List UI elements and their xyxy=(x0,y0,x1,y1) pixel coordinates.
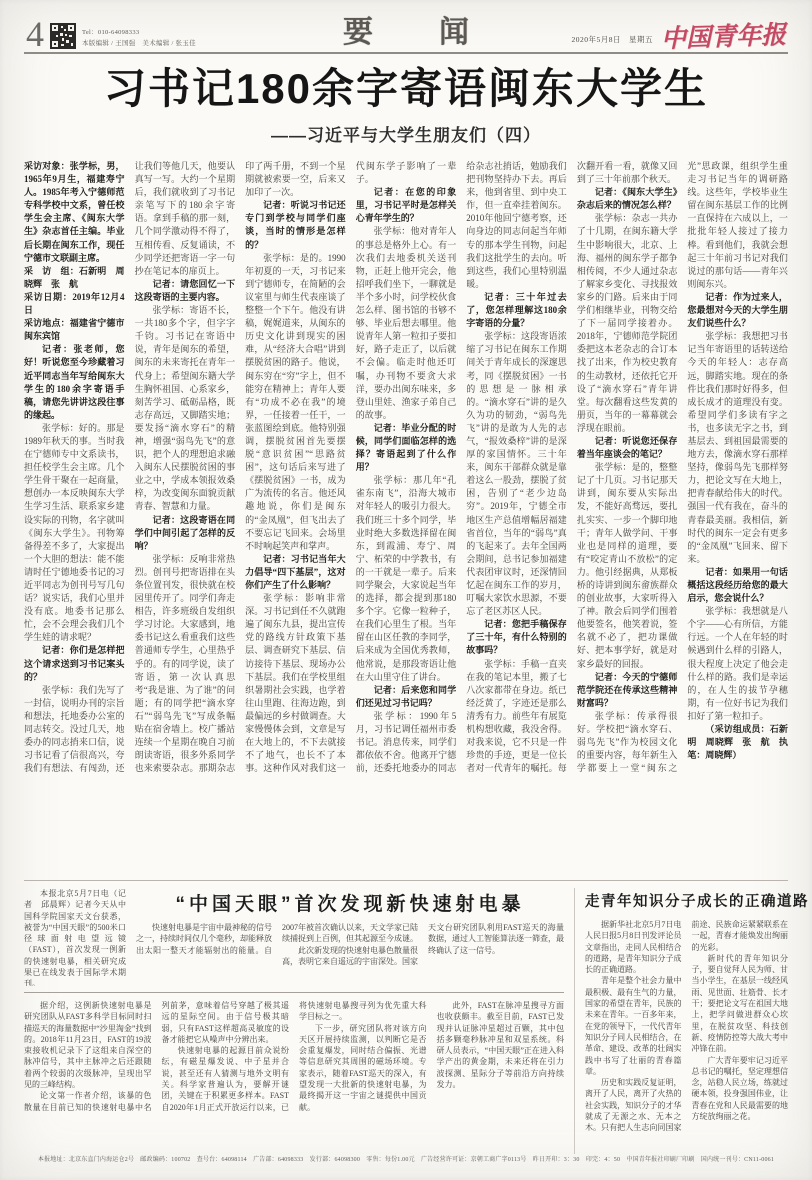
date-line: 2020年5月8日 星期五 xyxy=(571,34,653,48)
paragraph: 记者：张老师，您好！听说您至今珍藏着习近平同志当年写给闽东大学生的180余字寄语… xyxy=(24,343,125,422)
fast-article-headline-block: “中国天眼”首次发现新快速射电暴 快速射电暴是宇宙中最神秘的信号之一，持续时间仅… xyxy=(136,888,564,986)
paragraph: 下一步，研究团队将对该方向天区开展持续监测，以判断它是否会重复爆发，同时结合偏振… xyxy=(299,1023,427,1113)
paragraph: 记者：听说您还保存着当年座谈会的笔记？ xyxy=(577,435,678,461)
paragraph: 记者：如果用一句话概括这段经历给您的最大启示，您会说什么？ xyxy=(687,566,788,605)
paragraph: 新时代的青年知识分子，要自觉拜人民为师、甘当小学生，在基层一线经风雨、见世面、壮… xyxy=(692,953,789,1055)
paragraph: 记者：《闽东大学生》杂志后来的情况怎么样？ xyxy=(577,186,678,212)
commentary-headline: 走青年知识分子成长的正确道路 xyxy=(585,890,788,911)
paragraph: 张学标：是的，整整记了十几页。习书记那天讲到，闽东要从实际出发，不能好高骛远，要… xyxy=(577,461,678,671)
paragraph: 本报北京5月7日电（记者 邱晨辉）记者今天从中国科学院国家天文台获悉，被誉为“中… xyxy=(24,888,126,986)
paragraph: 张学标：那几年“孔雀东南飞”，沿海大城市对年轻人的吸引力很大。我们班三十多个同学… xyxy=(356,474,457,684)
fast-article-headline: “中国天眼”首次发现新快速射电暴 xyxy=(136,889,564,916)
fast-article-continuation: 据介绍，这例新快速射电暴是研究团队从FAST多科学目标同时扫描巡天的海量数据中“… xyxy=(24,1000,564,1154)
paragraph: 据介绍，这例新快速射电暴是研究团队从FAST多科学目标同时扫描巡天的海量数据中“… xyxy=(24,1000,152,1090)
header-edition-info: Tel：010-64098333 本版编辑 / 王国强 美术编辑 / 张玉佳 xyxy=(82,27,196,49)
qr-code-icon xyxy=(50,23,76,49)
paragraph: 记者：请您回忆一下这段寄语的主要内容。 xyxy=(135,278,236,304)
paragraph: 青年是整个社会力量中最积极、最有生气的力量，国家的希望在青年，民族的未来在青年。… xyxy=(585,975,682,1077)
paragraph: 记者：作为过来人，您最想对今天的大学生朋友们说些什么？ xyxy=(687,291,788,330)
hotline-text: Tel：010-64098333 xyxy=(82,27,196,38)
paragraph: 张学标：好的。那是1989年秋天的事。当时我在宁德师专中文系读书，担任校学生会主… xyxy=(24,422,125,645)
lead-article-headline-block: 习书记180余字寄语闽东大学生 ——习近平与大学生朋友们（四） xyxy=(24,66,788,146)
paragraph: 记者：习书记当年大力倡导“四下基层”，这对你们产生了什么影响？ xyxy=(245,553,346,592)
page-number: 4 xyxy=(26,20,44,49)
lead-article-subtitle: ——习近平与大学生朋友们（四） xyxy=(24,121,788,146)
paragraph: 记者：您把手稿保存了三十年，有什么特别的故事吗？ xyxy=(466,618,567,657)
commentary-article: 走青年知识分子成长的正确道路 据新华社北京5月7日电 人民日报5月8日刊发评论员… xyxy=(575,888,788,1154)
paragraph: 张学标：是的。1990年初夏的一天，习书记来到宁德师专，在简陋的会议室里与师生代… xyxy=(245,252,346,553)
paragraph: （采访组成员：石新明 周晓辉 张 航 执笔：周晓辉） xyxy=(687,723,788,762)
fast-article-lead-column: 本报北京5月7日电（记者 邱晨辉）记者今天从中国科学院国家天文台获悉，被誉为“中… xyxy=(24,888,126,986)
horizontal-divider xyxy=(24,992,564,993)
paragraph: 张学标：我想就是八个字——心有所信，方能行远。一个人在年轻的时候遇到什么样的引路… xyxy=(687,605,788,723)
paragraph: 记者：后来您和同学们还见过习书记吗？ xyxy=(356,684,457,710)
paragraph: 采访日期：2019年12月4日 xyxy=(24,291,125,317)
section-title: 要 闻 xyxy=(325,7,487,51)
fast-article-top-row: 本报北京5月7日电（记者 邱晨辉）记者今天从中国科学院国家天文台获悉，被誉为“中… xyxy=(24,888,564,986)
masthead-logo: 中国青年报 xyxy=(661,25,787,51)
paragraph: 张学标：寄语不长，一共180多个字，但字字千钧。习书记在寄语中说，青年是闽东的希… xyxy=(135,304,236,514)
paragraph: 张学标：他对青年人的事总是格外上心。有一次我们去地委机关送刊物，正赶上他开完会，… xyxy=(356,225,457,421)
commentary-body: 据新华社北京5月7日电 人民日报5月8日刊发评论员文章指出，走同人民相结合的道路… xyxy=(585,919,788,1143)
paragraph: 记者：今天的宁德师范学院还在传承这些精神财富吗？ xyxy=(577,671,678,710)
paragraph: 采 访 组：石新明 周晓辉 张 航 xyxy=(24,265,125,291)
paragraph: 记者：这段寄语在同学们中间引起了怎样的反响？ xyxy=(135,514,236,553)
fast-article: 本报北京5月7日电（记者 邱晨辉）记者今天从中国科学院国家天文台获悉，被誉为“中… xyxy=(24,888,574,1154)
header-right-group: 2020年5月8日 星期五 中国青年报 xyxy=(571,27,786,48)
lead-article-body: 采访对象：张学标，男，1965年9月生，福建寿宁人。1985年考入宁德师范专科学… xyxy=(24,160,788,866)
paragraph: 广大青年要牢记习近平总书记的嘱托，坚定理想信念，站稳人民立场，练就过硬本领，投身… xyxy=(692,1055,789,1123)
paragraph: 据新华社北京5月7日电 人民日报5月8日刊发评论员文章指出，走同人民相结合的道路… xyxy=(585,919,682,975)
paragraph: 张学标：杂志一共办了十几期，在闽东籍大学生中影响很大，北京、上海、福州的闽东学子… xyxy=(577,212,678,435)
header-left-group: 4 Tel：010-64098333 本版编辑 / 王国强 美术编辑 / 张玉佳 xyxy=(26,20,196,49)
bottom-section: 本报北京5月7日电（记者 邱晨辉）记者今天从中国科学院国家天文台获悉，被誉为“中… xyxy=(24,880,788,1154)
fast-article-body: 快速射电暴是宇宙中最神秘的信号之一，持续时间仅几个毫秒，却能释放出太阳一整天才能… xyxy=(136,922,564,982)
lead-article-headline: 习书记180余字寄语闽东大学生 xyxy=(24,66,788,112)
paragraph: 采访地点：福建省宁德市闽东宾馆 xyxy=(24,317,125,343)
paragraph: 记者：你们是怎样把这个请求送到习书记案头的？ xyxy=(24,644,125,683)
imprint-line: 本报地址：北京东直门内海运仓2号 邮政编码：100702 查号台：6409811… xyxy=(10,1154,802,1163)
page-header: 4 Tel：010-64098333 本版编辑 / 王国强 美术编辑 / 张玉佳… xyxy=(24,10,788,54)
paragraph: 记者：在您的印象里，习书记平时是怎样关心青年学生的？ xyxy=(356,186,457,225)
newspaper-page: 4 Tel：010-64098333 本版编辑 / 王国强 美术编辑 / 张玉佳… xyxy=(0,0,812,1180)
editors-text: 本版编辑 / 王国强 美术编辑 / 张玉佳 xyxy=(82,38,196,49)
paragraph: 记者：听说习书记还专门到学校与同学们座谈，当时的情形是怎样的？ xyxy=(245,199,346,251)
paragraph: 张学标：我想把习书记当年寄语里的话转送给今天的年轻人：志存高远，脚踏实地。现在的… xyxy=(687,330,788,566)
paragraph: 记者：毕业分配的时候，同学们面临怎样的选择？寄语起到了什么作用？ xyxy=(356,422,457,474)
paragraph: 张学标：这段寄语浓缩了习书记在闽东工作期间关于青年成长的深邃思考，同《摆脱贫困》… xyxy=(466,330,567,618)
paragraph: 此外，FAST在脉冲星搜寻方面也收获颇丰。截至目前，FAST已发现并认证脉冲星超… xyxy=(437,1000,565,1090)
paragraph: 采访对象：张学标，男，1965年9月生，福建寿宁人。1985年考入宁德师范专科学… xyxy=(24,160,125,265)
paragraph: 记者：三十年过去了，您怎样理解这180余字寄语的分量？ xyxy=(466,291,567,330)
